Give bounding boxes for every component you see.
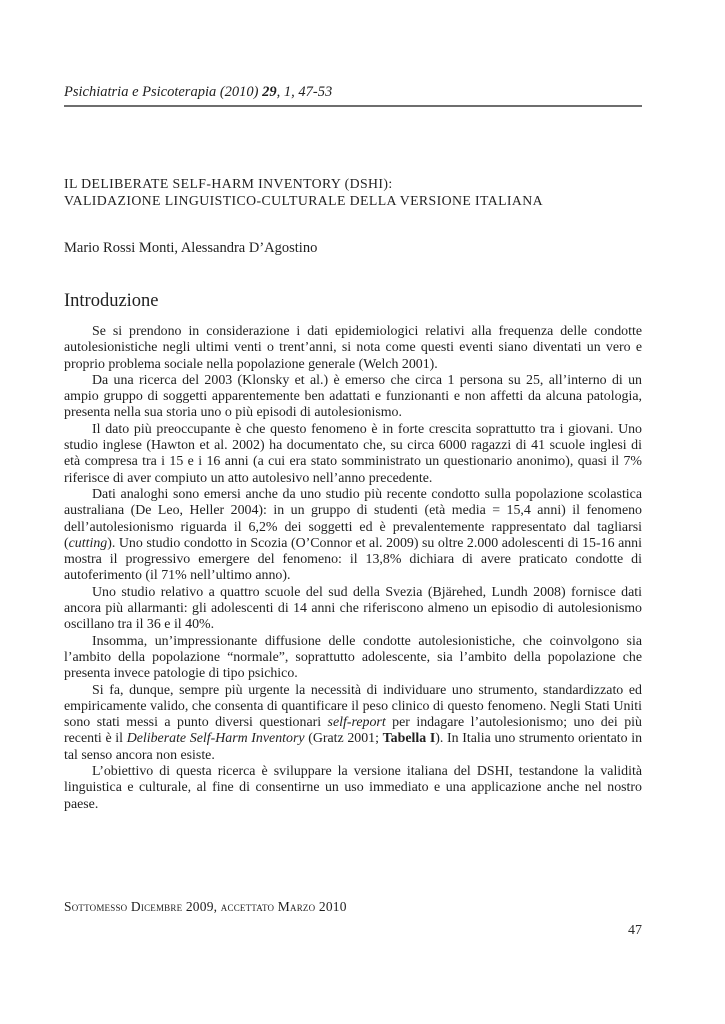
paragraph-7-segment: (Gratz 2001; <box>305 731 383 746</box>
paragraph-4-segment: ). Uno studio condotto in Scozia (O’Conn… <box>64 536 642 584</box>
article-title-line-1: IL DELIBERATE SELF-HARM INVENTORY (DSHI)… <box>64 175 642 192</box>
journal-volume: 29 <box>262 84 277 100</box>
article-title: IL DELIBERATE SELF-HARM INVENTORY (DSHI)… <box>64 175 642 209</box>
paragraph-1: Se si prendono in considerazione i dati … <box>64 324 642 373</box>
paragraph-8: L’obiettivo di questa ricerca è sviluppa… <box>64 764 642 813</box>
article-body: Se si prendono in considerazione i dati … <box>64 324 642 813</box>
paragraph-2: Da una ricerca del 2003 (Klonsky et al.)… <box>64 373 642 422</box>
paragraph-5: Uno studio relativo a quattro scuole del… <box>64 585 642 634</box>
journal-article-page: Psichiatria e Psicoterapia (2010) 29, 1,… <box>0 0 725 1024</box>
journal-header: Psichiatria e Psicoterapia (2010) 29, 1,… <box>64 84 642 107</box>
authors-line: Mario Rossi Monti, Alessandra D’Agostino <box>64 240 642 257</box>
paragraph-6: Insomma, un’impressionante diffusione de… <box>64 634 642 683</box>
submission-dates-line: Sottomesso Dicembre 2009, accettato Marz… <box>64 899 642 915</box>
section-heading-introduzione: Introduzione <box>64 290 642 312</box>
journal-name-issue: Psichiatria e Psicoterapia (2010) <box>64 84 262 100</box>
paragraph-4: Dati analoghi sono emersi anche da uno s… <box>64 487 642 585</box>
paragraph-7-italic-term: self-report <box>328 715 386 730</box>
paragraph-7-inventory-name: Deliberate Self-Harm Inventory <box>127 731 305 746</box>
paragraph-4-italic-term: cutting <box>69 536 108 551</box>
journal-pages: , 1, 47-53 <box>277 84 333 100</box>
article-title-line-2: VALIDAZIONE LINGUISTICO-CULTURALE DELLA … <box>64 192 642 209</box>
paragraph-7: Si fa, dunque, sempre più urgente la nec… <box>64 683 642 764</box>
paragraph-7-table-reference: Tabella I <box>383 731 436 746</box>
paragraph-3: Il dato più preoccupante è che questo fe… <box>64 422 642 487</box>
page-number: 47 <box>64 922 642 939</box>
